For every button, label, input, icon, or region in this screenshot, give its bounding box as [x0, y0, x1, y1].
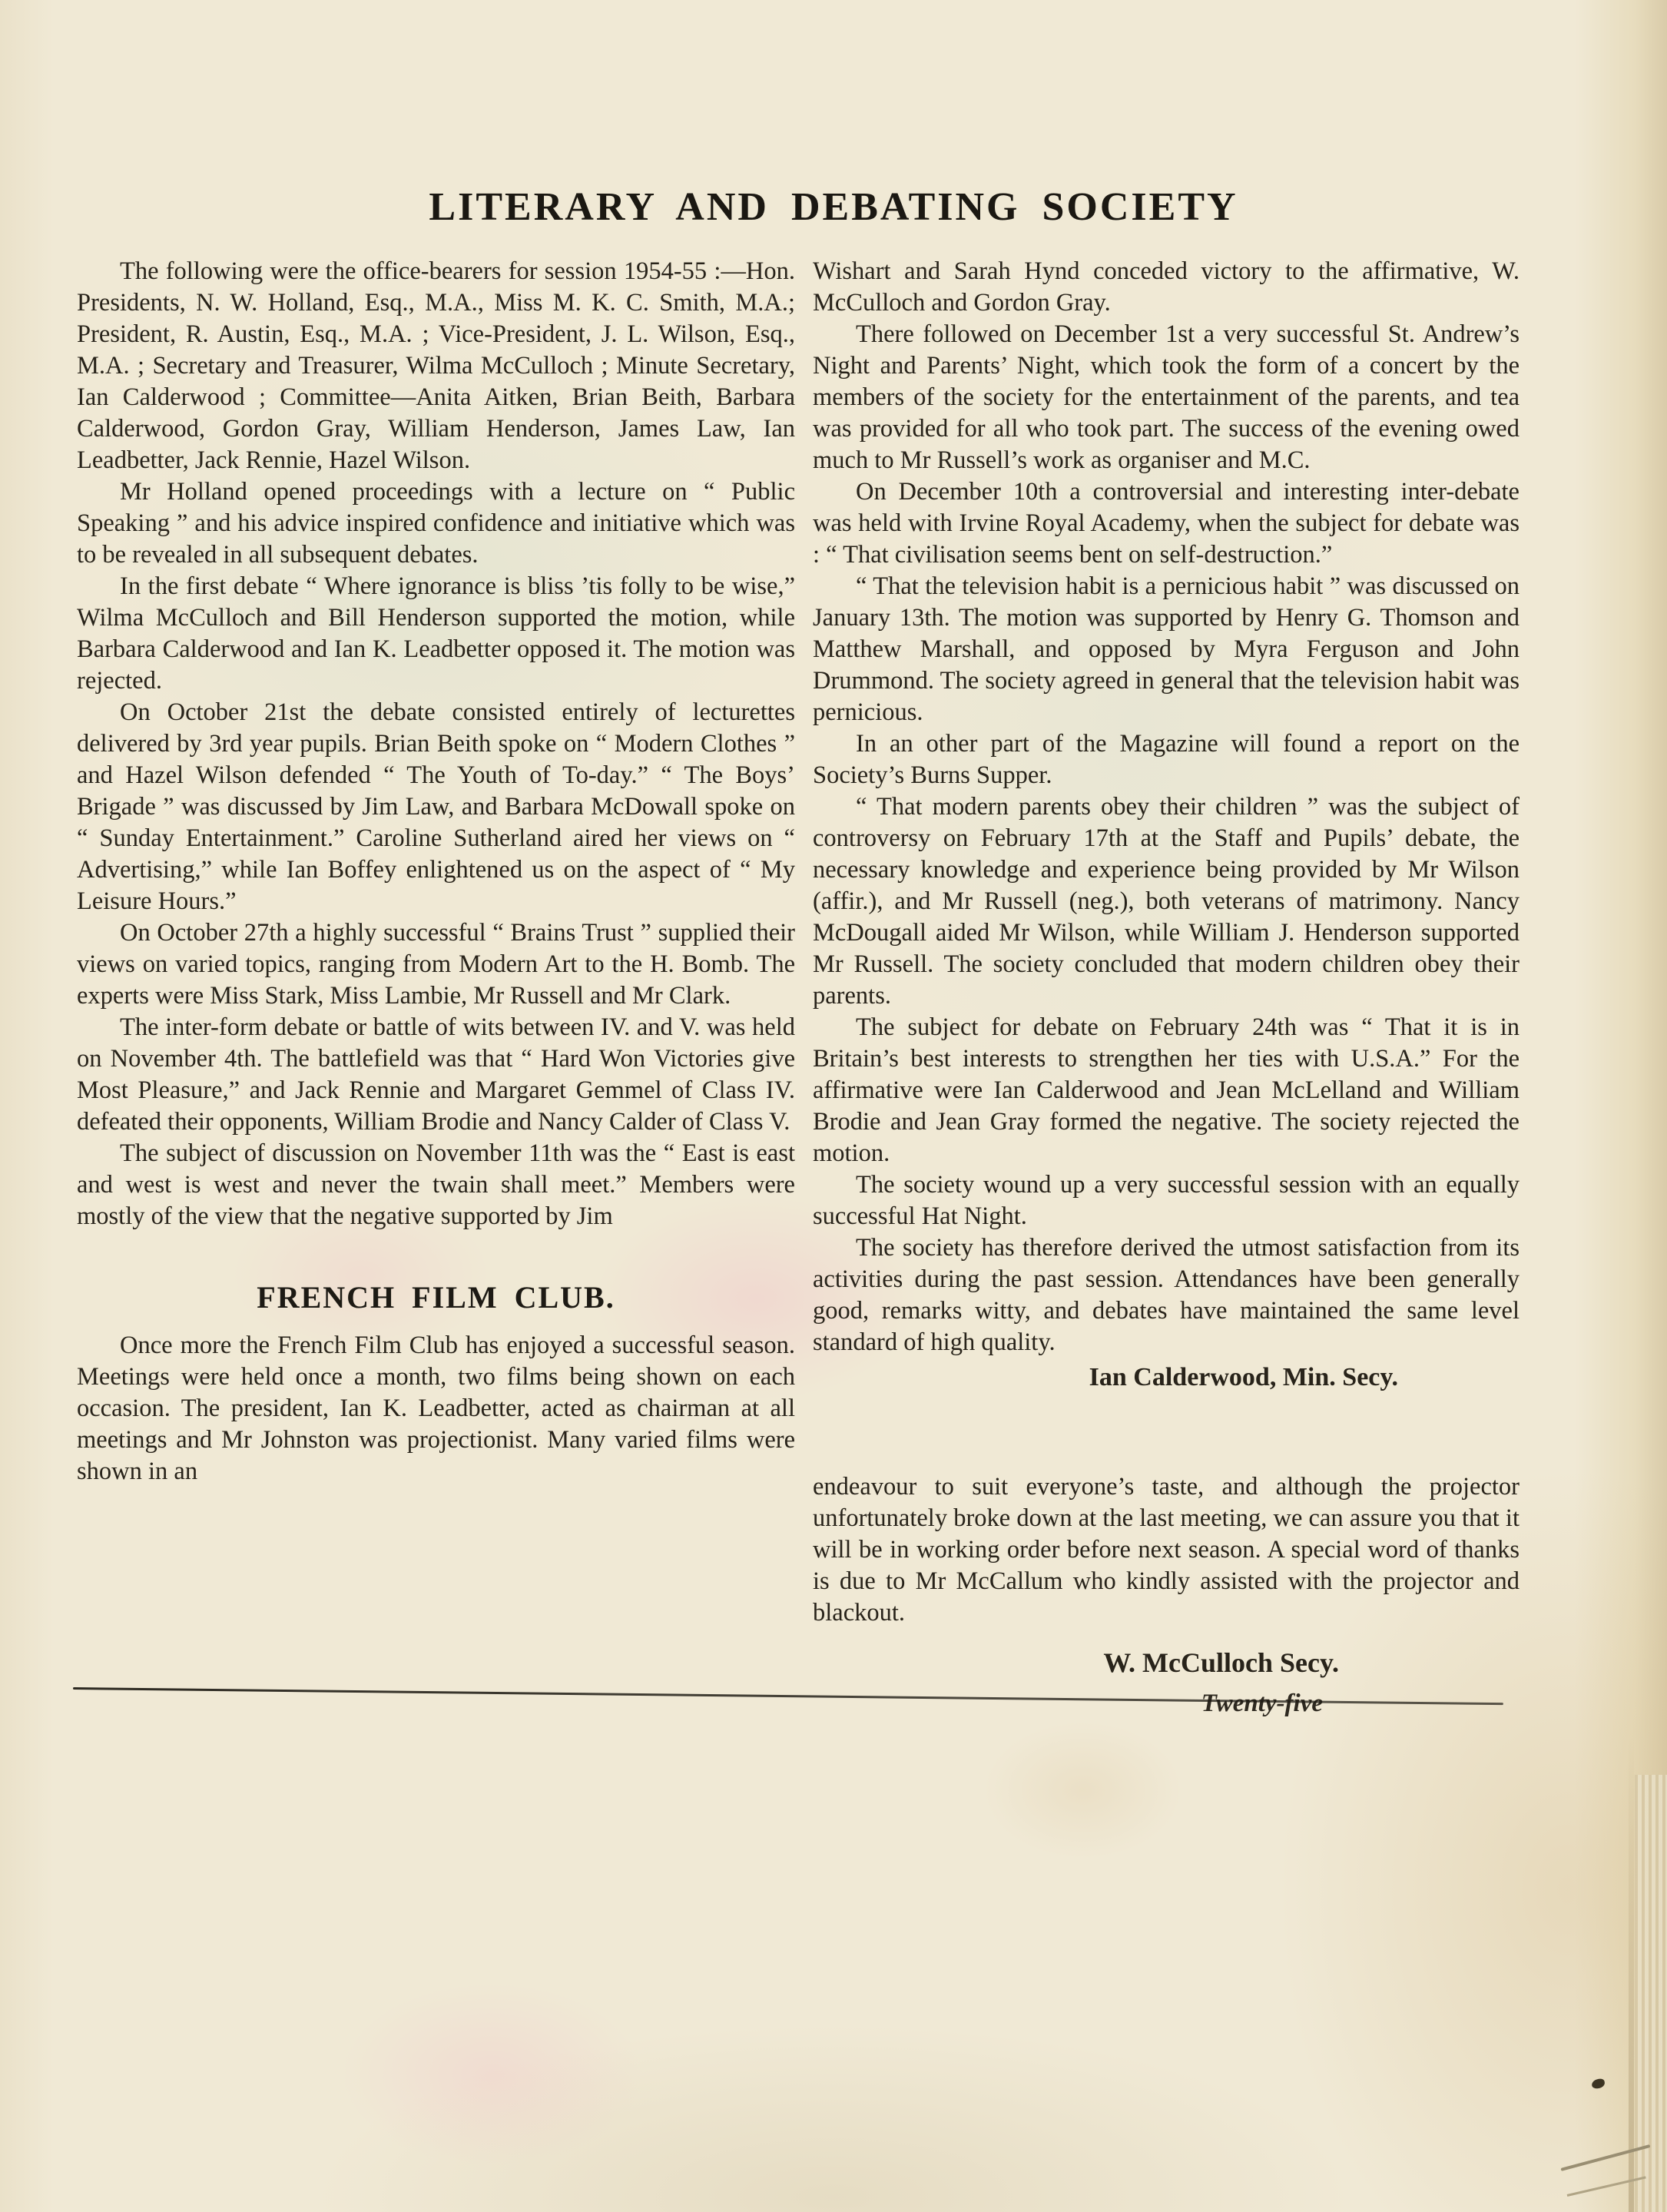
paragraph: The inter-form debate or battle of wits … [77, 1012, 795, 1138]
paragraph: “ That the television habit is a pernici… [813, 571, 1520, 728]
paragraph: On December 10th a controversial and int… [813, 476, 1520, 571]
scanned-magazine-page: { "page": { "title": "LITERARY AND DEBAT… [0, 0, 1667, 2212]
literary-society-signature: Ian Calderwood, Min. Secy. [813, 1361, 1520, 1393]
right-column: Wishart and Sarah Hynd conceded victory … [813, 256, 1520, 1720]
paragraph: Wishart and Sarah Hynd conceded victory … [813, 256, 1520, 319]
paper-stain [983, 1721, 1183, 1859]
paragraph: The subject of discussion on November 11… [77, 1138, 795, 1232]
paragraph: The society wound up a very successful s… [813, 1169, 1520, 1232]
left-column: The following were the office-bearers fo… [77, 256, 795, 1487]
paragraph: On October 21st the debate consisted ent… [77, 697, 795, 917]
page-crease [1629, 1736, 1634, 2212]
ffc-right-paragraphs: endeavour to suit everyone’s taste, and … [813, 1471, 1520, 1629]
paragraph: Once more the French Film Club has enjoy… [77, 1330, 795, 1487]
french-film-club-signature: W. McCulloch Secy. [813, 1647, 1520, 1679]
literary-left-paragraphs: The following were the office-bearers fo… [77, 256, 795, 1232]
ffc-left-paragraphs: Once more the French Film Club has enjoy… [77, 1330, 795, 1487]
paragraph: endeavour to suit everyone’s taste, and … [813, 1471, 1520, 1629]
paragraph: In an other part of the Magazine will fo… [813, 728, 1520, 791]
paragraph: On October 27th a highly successful “ Br… [77, 917, 795, 1012]
paragraph: In the first debate “ Where ignorance is… [77, 571, 795, 697]
paragraph: “ That modern parents obey their childre… [813, 791, 1520, 1012]
paragraph: The following were the office-bearers fo… [77, 256, 795, 476]
paragraph: The subject for debate on February 24th … [813, 1012, 1520, 1169]
paragraph: Mr Holland opened proceedings with a lec… [77, 476, 795, 571]
paragraph: The society has therefore derived the ut… [813, 1232, 1520, 1358]
page-title: LITERARY AND DEBATING SOCIETY [0, 184, 1667, 230]
ink-speck [1591, 2078, 1606, 2090]
french-film-club-heading: FRENCH FILM CLUB. [77, 1282, 795, 1313]
literary-right-paragraphs: Wishart and Sarah Hynd conceded victory … [813, 256, 1520, 1358]
paragraph: There followed on December 1st a very su… [813, 319, 1520, 476]
